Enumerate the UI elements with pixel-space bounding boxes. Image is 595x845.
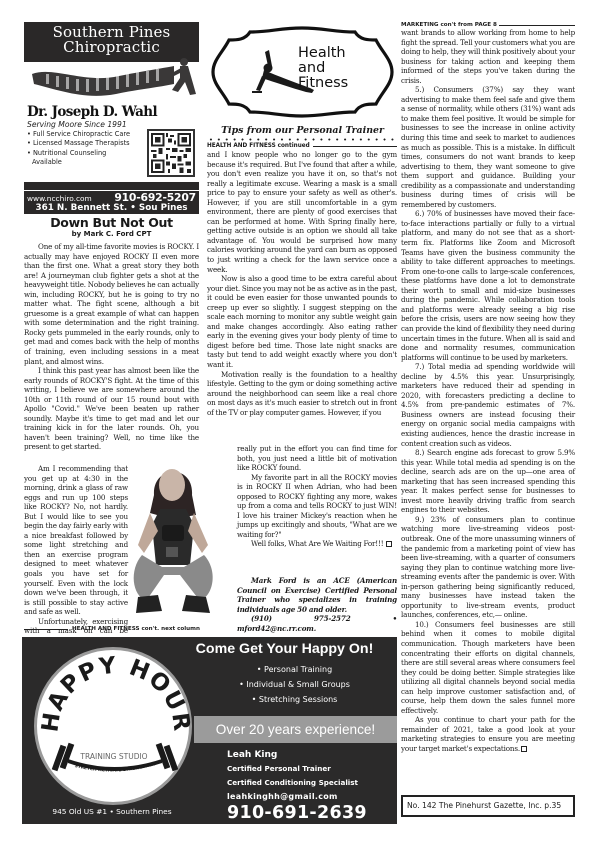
ad-headline: Come Get Your Happy On! [172,641,397,657]
chiro-ad-title: Southern Pines Chiropractic [24,22,199,55]
trainer-name: Leah King [227,749,367,762]
article-title: Down But Not Out [24,215,199,230]
closing-line: Well folks, What Are We Waiting For!!! [251,539,383,548]
article-paragraph: One of my all-time favorite movies is RO… [24,242,199,366]
continued-label: HEALTH AND FITNESS con't. next column [72,626,200,632]
badge-line: Fitness [298,76,348,91]
trainer-credential: Certified Personal Trainer [227,762,367,776]
bio-text: Mark Ford is an ACE (American Council on… [237,576,397,614]
article-paragraph: Am I recommending that you get up at 4:3… [24,464,128,617]
spine-runner-graphic-icon [24,54,199,104]
bio-contact[interactable]: (910) 975-2572 • mford42@nc.rr.com. [237,614,397,633]
service-item: • Individual & Small Groups [192,677,397,692]
article-paragraph: 5.) Consumers (37%) say they want advert… [401,85,575,209]
article-paragraph: I think this past year has almost been l… [24,366,199,452]
article-paragraph: want brands to allow working from home t… [401,28,575,85]
health-fitness-badge: Health and Fitness [210,26,395,118]
article-paragraph: 10.) Consumers feel businesses are still… [401,620,575,715]
end-mark-icon [521,746,527,752]
trainer-email-link[interactable]: leahkinghh@gmail.com [227,790,367,803]
trainer-info: Leah King Certified Personal Trainer Cer… [227,749,367,823]
page-footer: No. 142 The Pinehurst Gazette, Inc. p.35 [401,795,575,817]
happy-hour-ad: HAPPY HOUR TRAINING STUDIO STRETCH ACTIV… [22,637,397,824]
services-list: • Personal Training • Individual & Small… [192,662,397,707]
article-paragraph: My favorite part in all the ROCKY movies… [237,473,397,540]
trainer-credential: Certified Conditioning Specialist [227,776,367,790]
article-column-1: One of my all-time favorite movies is RO… [24,242,199,452]
article-paragraph: Well folks, What Are We Waiting For!!! [237,539,397,549]
service-item: • Personal Training [192,662,397,677]
article-paragraph: really put in the effort you can find ti… [237,444,397,473]
closing-line: As you continue to chart your path for t… [401,715,575,753]
service-item: • Stretching Sessions [192,692,397,707]
continued-next-column: HEALTH AND FITNESS con't. next column [24,626,200,632]
article-paragraph: Motivation really is the foundation to a… [207,370,397,418]
article-paragraph: Now is also a good time to be extra care… [207,274,397,369]
divider [313,146,397,147]
tips-heading: Tips from our Personal Trainer [205,125,400,136]
badge-line: and [298,61,348,76]
article-paragraph: 6.) 70% of businesses have moved their f… [401,209,575,362]
chiro-address: 361 N. Bennett St. • Sou Pines [24,203,199,214]
article-byline: by Mark C. Ford CPT [24,230,199,238]
doctor-name: Dr. Joseph D. Wahl [24,104,199,120]
studio-address: 945 Old US #1 • Southern Pines [22,807,202,816]
article-paragraph: and I know people who no longer go to th… [207,150,397,274]
article-column-2: and I know people who no longer go to th… [207,150,397,417]
health-fitness-continued-header: HEALTH AND FITNESS continued [207,143,397,149]
badge-line: Health [298,46,348,61]
divider [24,629,68,630]
dotted-divider [207,138,397,141]
svg-text:HAPPY HOUR: HAPPY HOUR [37,652,192,733]
article-paragraph: 9.) 23% of consumers plan to continue wa… [401,515,575,620]
continued-label: HEALTH AND FITNESS continued [207,143,310,149]
health-fitness-label: Health and Fitness [298,46,348,91]
chiro-title-line2: Chiropractic [24,40,199,55]
article-paragraph: 7.) Total media ad spending worldwide wi… [401,362,575,448]
svg-text:TRAINING STUDIO: TRAINING STUDIO [79,752,147,761]
trainer-photo-icon [124,455,220,625]
experience-banner: Over 20 years experience! [194,716,397,743]
end-mark-icon [386,541,392,547]
divider [499,25,575,26]
marketing-column: want brands to allow working from home t… [401,28,575,754]
author-bio: Mark Ford is an ACE (American Council on… [237,576,397,633]
chiropractic-ad: Southern Pines Chiropractic Dr. Joseph D… [24,22,199,190]
article-column-1-narrow: Am I recommending that you get up at 4:3… [24,464,128,645]
happy-hour-logo-graphic-icon: HAPPY HOUR TRAINING STUDIO STRETCH ACTIV… [34,647,192,805]
doctor-band: Dr. Joseph D. Wahl Serving Moore Since 1… [24,104,199,182]
spine-band [24,62,199,104]
article-column-2-narrow: really put in the effort you can find ti… [237,444,397,549]
article-paragraph: As you continue to chart your path for t… [401,715,575,753]
chiro-website-link[interactable]: www.ncchiro.com [27,194,92,203]
trainer-phone: 910-691-2639 [227,803,367,823]
qr-code-icon[interactable] [147,129,195,177]
article-paragraph: 8.) Search engine ads forecast to grow 5… [401,448,575,515]
